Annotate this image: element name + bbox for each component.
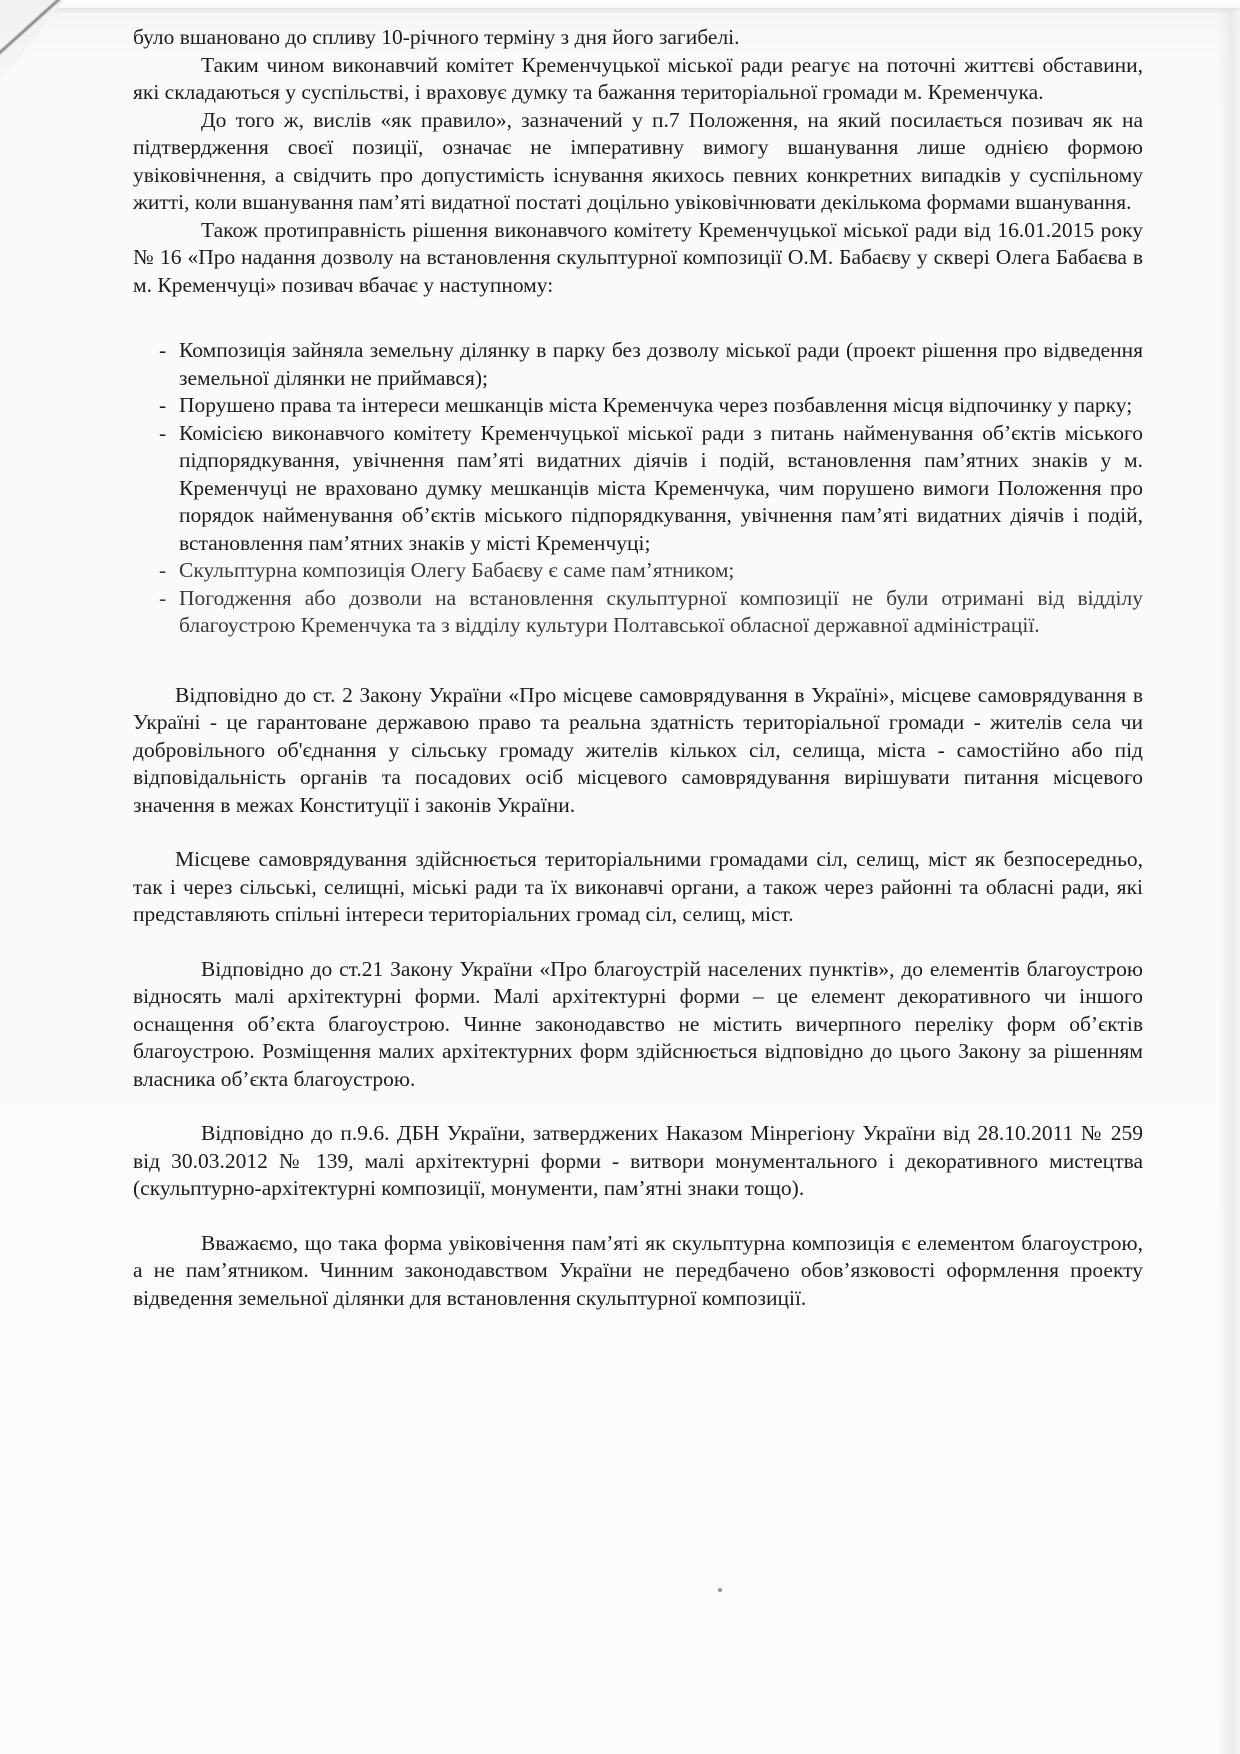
paragraph-local-self-government-exercise: Місцеве самоврядування здійснюється тери… (133, 846, 1143, 929)
claims-list-item-text: Порушено права та інтереси мешканців міс… (179, 393, 1132, 417)
claims-list-item: - Композиція зайняла земельну ділянку в … (117, 337, 1143, 392)
claims-list-item-text: Скульптурна композиція Олегу Бабаєву є с… (179, 558, 734, 582)
folded-corner-fill (0, 0, 80, 130)
scanned-page: було вшановано до спливу 10-річного терм… (0, 0, 1240, 1754)
paragraph-executive-committee: Таким чином виконавчий комітет Кременчуц… (133, 52, 1143, 107)
bullet-dash: - (159, 585, 166, 613)
folded-corner (0, 0, 110, 130)
paragraph-dbn-reference: Відповідно до п.9.6. ДБН України, затвер… (133, 1120, 1143, 1203)
paragraph-landscaping-law: Відповідно до ст.21 Закону України «Про … (133, 956, 1143, 1094)
paragraph-conclusion: Вважаємо, що така форма увіковічення пам… (133, 1230, 1143, 1313)
claims-list-item: - Комісією виконавчого комітету Кременчу… (117, 420, 1143, 558)
paragraph-local-self-government-law: Відповідно до ст. 2 Закону України «Про … (133, 682, 1143, 820)
scan-top-shadow (0, 8, 1240, 14)
bullet-dash: - (159, 337, 166, 365)
claims-list-item-text: Погодження або дозволи на встановлення с… (179, 586, 1143, 638)
claims-list-item: - Порушено права та інтереси мешканців м… (117, 392, 1143, 420)
claims-list-item-text: Композиція зайняла земельну ділянку в па… (179, 338, 1143, 390)
bullet-dash: - (159, 392, 166, 420)
bullet-dash: - (159, 420, 166, 448)
claims-list-item-text: Комісією виконавчого комітету Кременчуць… (179, 421, 1143, 555)
scan-right-edge (1218, 10, 1240, 1754)
paragraph-continuation: було вшановано до спливу 10-річного терм… (133, 24, 1143, 52)
paragraph-claims-intro: Також протиправність рішення виконавчого… (133, 217, 1143, 300)
claims-list-item: - Скульптурна композиція Олегу Бабаєву є… (117, 557, 1143, 585)
claims-list: - Композиція зайняла земельну ділянку в … (133, 337, 1143, 640)
claims-list-item: - Погодження або дозволи на встановлення… (117, 585, 1143, 640)
document-body: було вшановано до спливу 10-річного терм… (133, 24, 1143, 1312)
scan-speck (718, 1588, 722, 1592)
bullet-dash: - (159, 557, 166, 585)
paragraph-as-a-rule: До того ж, вислів «як правило», зазначен… (133, 107, 1143, 217)
